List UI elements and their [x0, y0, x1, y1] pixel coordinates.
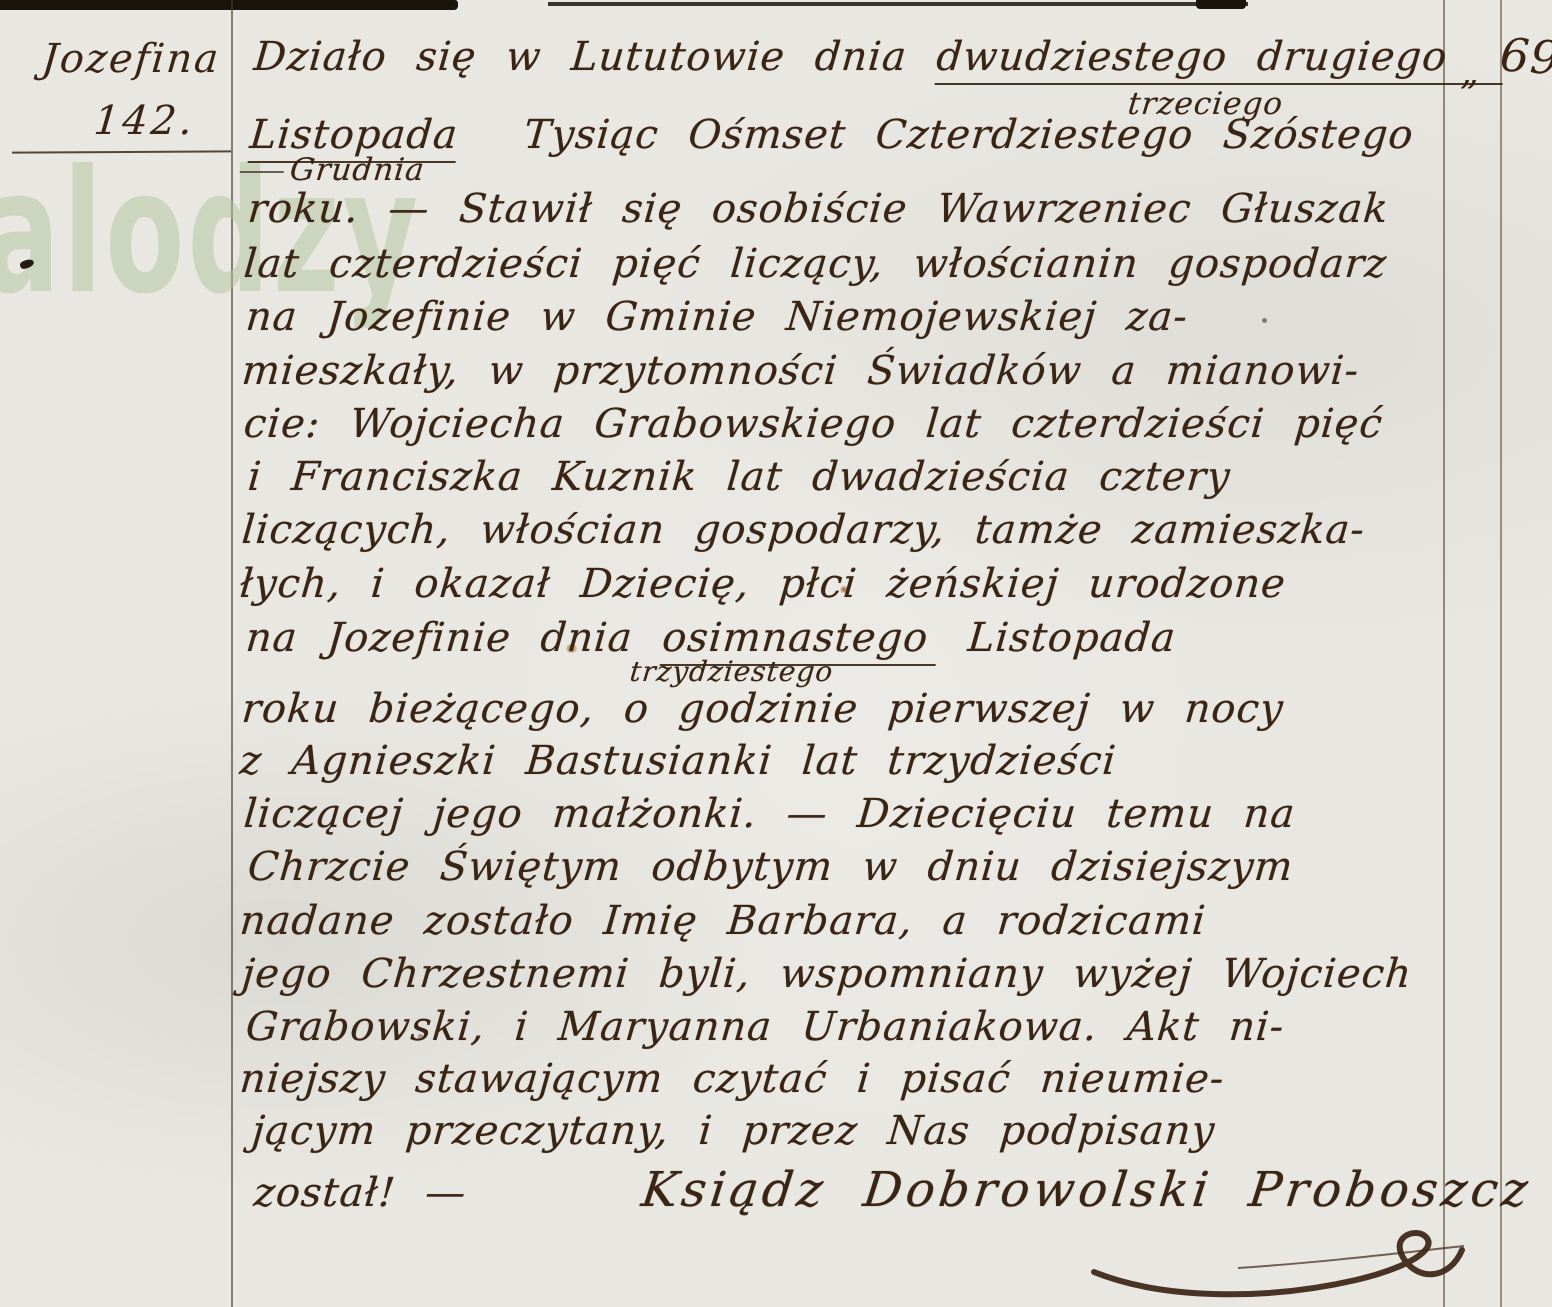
- text-segment: Tysiąc Ośmset Czterdziestego Szóstego: [522, 112, 1416, 158]
- text-line: jego Chrzestnemi byli, wspomniany wyżej …: [240, 951, 1414, 997]
- text-line: liczących, włościan gospodarzy, tamże za…: [240, 507, 1367, 553]
- text-line: niejszy stawającym czytać i pisać nieumi…: [238, 1056, 1226, 1102]
- margin-record-name: Jozefina: [40, 36, 222, 82]
- top-edge-mark: [1196, 0, 1246, 9]
- text-line: z Agnieszki Bastusianki lat trzydzieści: [238, 738, 1118, 784]
- text-segment: na Jozefinie dnia: [244, 615, 664, 661]
- interlinear-correction: trzydziestego: [628, 655, 835, 688]
- text-line: roku. — Stawił się osobiście Wawrzeniec …: [246, 186, 1391, 232]
- text-line: Grabowski, i Maryanna Urbaniakowa. Akt n…: [244, 1004, 1286, 1050]
- interlinear-correction: Grudnia: [238, 152, 427, 188]
- margin-record-number: 142.: [92, 98, 197, 144]
- text-line: został! —: [252, 1170, 468, 1216]
- text-line: Chrzcie Świętym odbytym w dniu dzisiejsz…: [246, 844, 1295, 890]
- text-line: lat czterdzieści pięć liczący, włościani…: [242, 241, 1389, 287]
- ink-fleck: [1262, 318, 1267, 323]
- right-column-rule-inner: [1443, 0, 1445, 1307]
- text-line: nadane zostało Imię Barbara, a rodzicami: [238, 898, 1208, 944]
- text-segment: Działo się w Lututowie dnia: [252, 34, 939, 80]
- text-segment: Listopada: [936, 615, 1178, 661]
- scanned-record-page: alodzy Jozefina 142. „ 69. Działo się w …: [0, 0, 1552, 1307]
- underlined-date-day: dwudziestego drugiego: [934, 34, 1507, 85]
- text-line: mieszkały, w przytomności Świadków a mia…: [240, 348, 1361, 394]
- text-line: łych, i okazał Dziecię, płci żeńskiej ur…: [238, 561, 1288, 607]
- text-line: jącym przeczytany, i przez Nas podpisany: [250, 1108, 1217, 1154]
- text-line: i Franciszka Kuznik lat dwadzieścia czte…: [246, 454, 1232, 500]
- top-edge-mark: [548, 2, 1248, 6]
- text-line: liczącej jego małżonki. — Dziecięciu tem…: [242, 791, 1297, 837]
- text-line: cie: Wojciecha Grabowskiego lat czterdzi…: [242, 401, 1385, 447]
- text-line: na Jozefinie w Gminie Niemojewskiej za-: [244, 294, 1190, 340]
- interlinear-month: Grudnia: [288, 152, 427, 188]
- top-edge-mark: [0, 0, 458, 10]
- right-column-rule-outer: [1500, 0, 1502, 1307]
- correction-lead-stroke: [240, 171, 284, 173]
- text-line: roku bieżącego, o godzinie pierwszej w n…: [240, 686, 1286, 732]
- priest-signature: Ksiądz Dobrowolski Proboszcz: [639, 1162, 1535, 1218]
- text-line: Działo się w Lututowie dnia dwudziestego…: [252, 34, 1507, 80]
- signature-flourish: [1088, 1222, 1468, 1302]
